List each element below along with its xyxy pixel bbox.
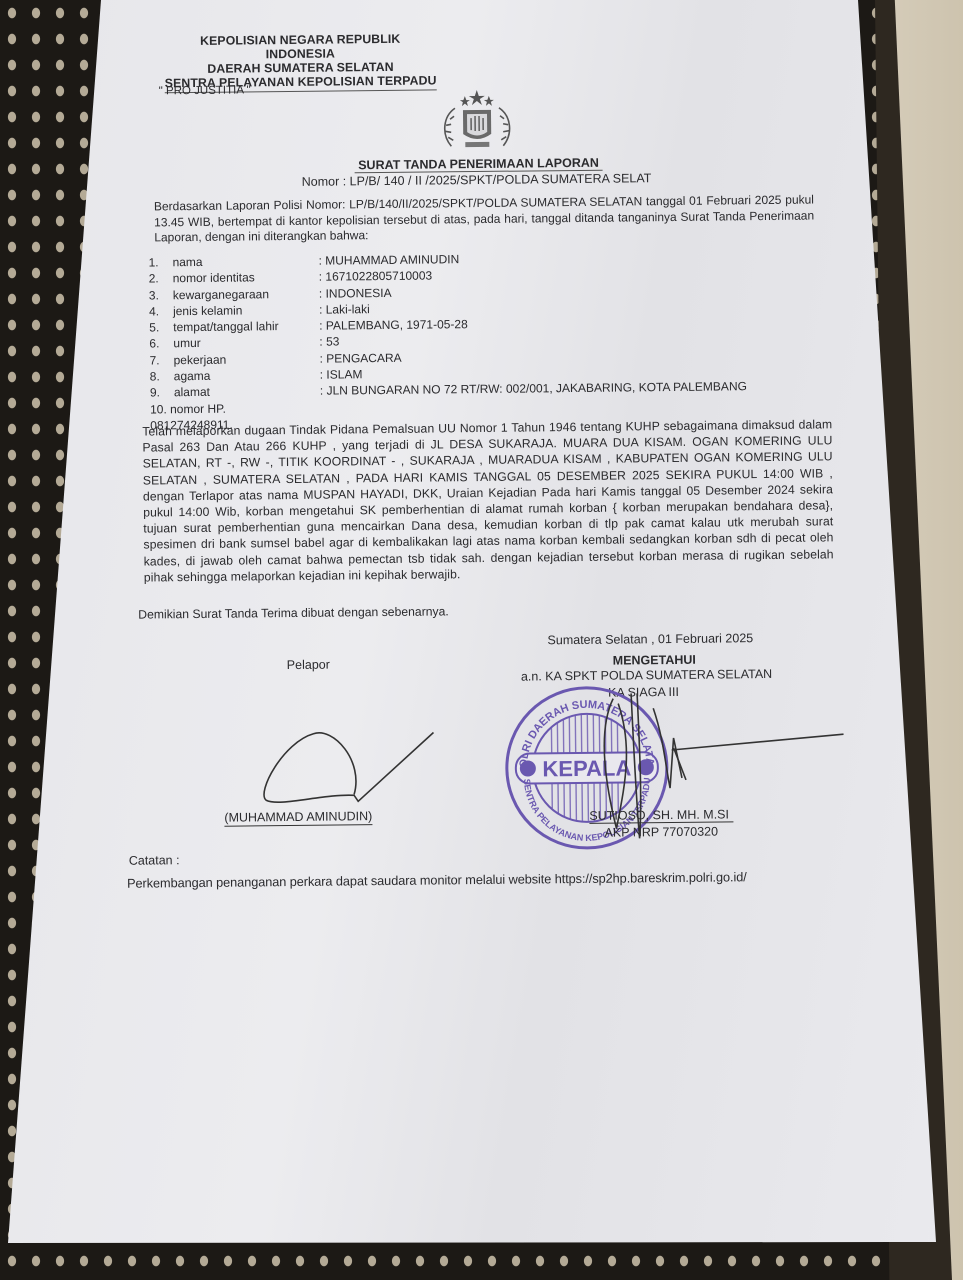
identity-label: pekerjaan [173,350,323,368]
monitoring-note: Perkembangan penanganan perkara dapat sa… [127,869,747,890]
reporter-label: Pelapor [287,658,330,672]
identity-label: umur [173,334,323,352]
closing-statement: Demikian Surat Tanda Terima dibuat denga… [138,604,449,621]
identity-number: 5. [149,319,171,335]
identity-label: agama [174,367,324,385]
document-number: Nomor : LP/B/ 140 / II /2025/SPKT/POLDA … [298,171,660,190]
identity-number: 9. [150,385,172,401]
note-label: Catatan : [129,853,180,868]
on-behalf-of-label: a.n. KA SPKT POLDA SUMATERA SELATAN [521,667,772,684]
document-title: SURAT TANDA PENERIMAAN LAPORAN [354,156,603,174]
identity-label: alamat [174,383,324,401]
reporter-identity-list: 1.nama: MUHAMMAD AMINUDIN2.nomor identit… [148,254,150,417]
identity-value: : 53 [319,334,339,350]
identity-label: jenis kelamin [173,302,323,320]
identity-value: : Laki-laki [319,301,370,318]
identity-number: 2. [149,271,171,287]
officer-name: SUTIOSO, SH. MH. M.SI [589,807,733,824]
place-and-date: Sumatera Selatan , 01 Februari 2025 [547,631,753,647]
identity-value: : INDONESIA [319,285,392,302]
reporter-signature-icon [253,720,454,817]
pro-justitia-label: " PRO JUSTITIA " [159,84,251,97]
identity-number: 3. [149,287,171,303]
identity-number: 4. [149,303,171,319]
identity-label: tempat/tanggal lahir [173,318,323,336]
document-title-block: SURAT TANDA PENERIMAAN LAPORAN Nomor : L… [297,153,659,190]
report-description-paragraph: Telah melaporkan dugaan Tindak Pidana Pe… [142,416,834,585]
letterhead-line-1: KEPOLISIAN NEGARA REPUBLIK INDONESIA [164,31,436,62]
identity-label: nama [172,253,322,271]
identity-number: 1. [148,254,170,270]
intro-paragraph: Berdasarkan Laporan Polisi Nomor: LP/B/1… [154,192,814,245]
identity-value: : ISLAM [320,366,363,382]
identity-label: kewarganegaraan [173,285,323,303]
identity-value: : MUHAMMAD AMINUDIN [318,251,459,268]
polri-emblem-icon [437,86,518,157]
identity-value: : PENGACARA [319,350,401,367]
identity-value: : JLN BUNGARAN NO 72 RT/RW: 002/001, JAK… [320,379,747,399]
identity-value: : PALEMBANG, 1971-05-28 [319,316,468,334]
document: KEPOLISIAN NEGARA REPUBLIK INDONESIA DAE… [0,0,963,1280]
identity-value: : 1671022805710003 [319,268,433,285]
identity-number: 6. [149,336,171,352]
identity-number: 7. [149,352,171,368]
identity-label: nomor identitas [173,269,323,287]
acknowledged-label: MENGETAHUI [613,653,696,668]
officer-rank-nrp: AKP NRP 77070320 [604,825,718,840]
reporter-name: (MUHAMMAD AMINUDIN) [224,809,372,827]
identity-number: 8. [150,368,172,384]
